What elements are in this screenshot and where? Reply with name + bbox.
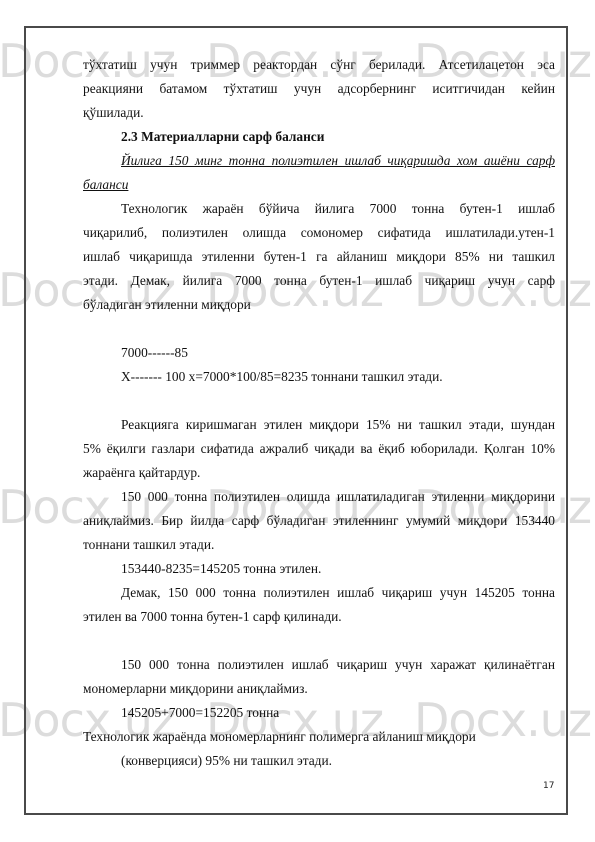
text-line: Демак, 150 000 тонна полиэтилен ишлаб чи… bbox=[83, 585, 555, 601]
text-line: 150 000 тонна полиэтилен ишлаб чиқариш у… bbox=[83, 657, 555, 673]
page-number: 17 bbox=[543, 781, 554, 791]
text-line: Реакцияга киришмаган этилен миқдори 15% … bbox=[83, 417, 555, 433]
text-line: этилен ва 7000 тонна бутен-1 сарф қилина… bbox=[83, 609, 555, 625]
text-line: этади. Демак, йилига 7000 тонна бутен-1 … bbox=[83, 273, 555, 289]
text-line: (конверцияси) 95% ни ташкил этади. bbox=[83, 753, 555, 769]
text-line: 150 000 тонна полиэтилен олишда ишлатила… bbox=[83, 489, 555, 505]
text-line: чиқарилиб, полиэтилен олишда сомономер с… bbox=[83, 225, 555, 241]
text-line: 7000------85 bbox=[83, 345, 555, 361]
text-line: жараёнга қайтардур. bbox=[83, 465, 555, 481]
text-line: 153440-8235=145205 тонна этилен. bbox=[83, 561, 555, 577]
text-line: Технологик жараёнда мономерларнинг полим… bbox=[83, 729, 555, 745]
text-line: аниқлаймиз. Бир йилда сарф бўладиган эти… bbox=[83, 513, 555, 529]
subsection-title: Йилига 150 минг тонна полиэтилен ишлаб ч… bbox=[83, 153, 555, 169]
text-line: реакцияни батамом тўхтатиш учун адсорбер… bbox=[83, 81, 555, 97]
text-line: мономерларни миқдорини аниқлаймиз. bbox=[83, 681, 555, 697]
text-line: Технологик жараён бўйича йилига 7000 тон… bbox=[83, 201, 555, 217]
section-heading: 2.3 Материалларни сарф баланси bbox=[83, 129, 555, 145]
subsection-title: баланси bbox=[83, 177, 555, 193]
text-line: қўшилади. bbox=[83, 105, 555, 121]
text-line: X------- 100 x=7000*100/85=8235 тоннани … bbox=[83, 369, 555, 385]
text-line: тўхтатиш учун триммер реактордан сўнг бе… bbox=[83, 57, 555, 73]
text-line: ишлаб чиқаришда этиленни бутен-1 га айла… bbox=[83, 249, 555, 265]
text-line: тоннани ташкил этади. bbox=[83, 537, 555, 553]
text-line: 5% ёқилги газлари сифатида ажралиб чиқад… bbox=[83, 441, 555, 457]
text-line: бўладиган этиленни миқдори bbox=[83, 297, 555, 313]
text-line: 145205+7000=152205 тонна bbox=[83, 705, 555, 721]
